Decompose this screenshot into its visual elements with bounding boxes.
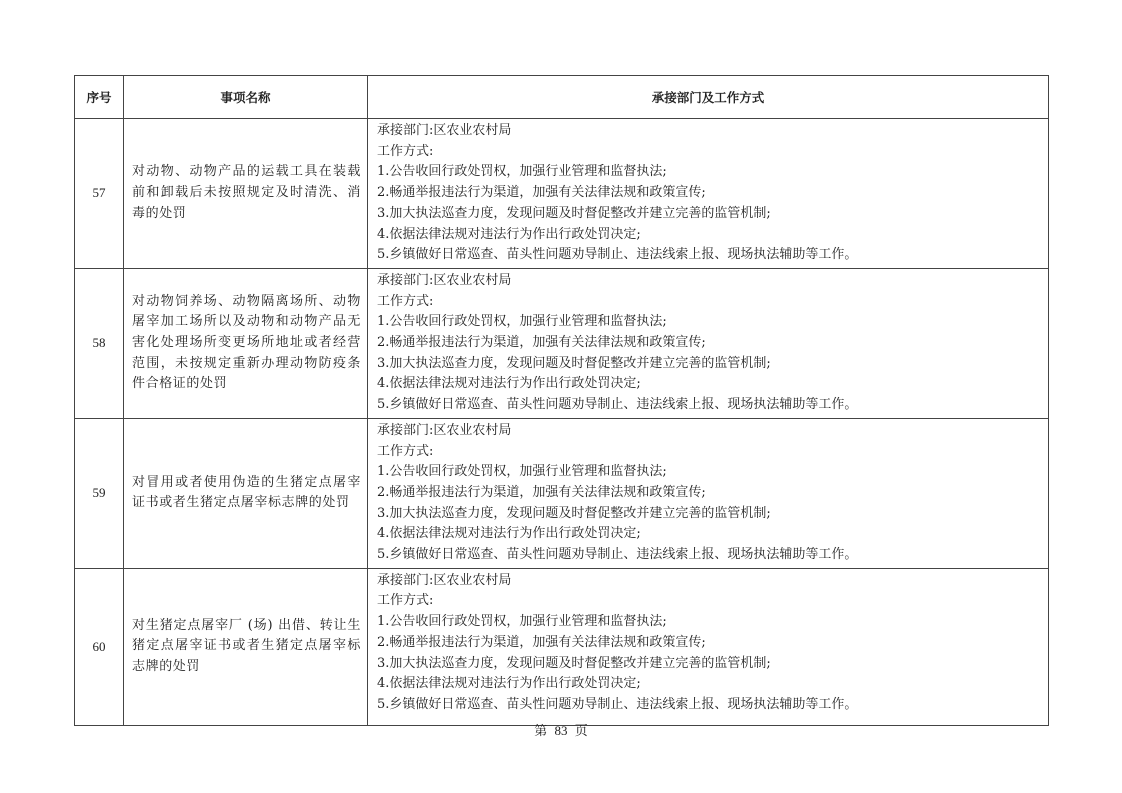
dept-and-method: 承接部门:区农业农村局 工作方式: 1.公告收回行政处罚权，加强行业管理和监督执… bbox=[368, 268, 1049, 418]
table-row: 59 对冒用或者使用伪造的生猪定点屠宰证书或者生猪定点屠宰标志牌的处罚 承接部门… bbox=[75, 418, 1049, 568]
matter-name: 对动物饲养场、动物隔离场所、动物屠宰加工场所以及动物和动物产品无害化处理场所变更… bbox=[124, 268, 368, 418]
dept-and-method: 承接部门:区农业农村局 工作方式: 1.公告收回行政处罚权，加强行业管理和监督执… bbox=[368, 119, 1049, 269]
method-label: 工作方式: bbox=[377, 442, 1042, 463]
dept-and-method: 承接部门:区农业农村局 工作方式: 1.公告收回行政处罚权，加强行业管理和监督执… bbox=[368, 418, 1049, 568]
header-matter-name: 事项名称 bbox=[124, 76, 368, 119]
header-dept-and-method: 承接部门及工作方式 bbox=[368, 76, 1049, 119]
method-item: 5.乡镇做好日常巡查、苗头性问题劝导制止、违法线索上报、现场执法辅助等工作。 bbox=[377, 245, 1042, 266]
matter-name: 对生猪定点屠宰厂 (场) 出借、转让生猪定点屠宰证书或者生猪定点屠宰标志牌的处罚 bbox=[124, 568, 368, 725]
method-item: 1.公告收回行政处罚权，加强行业管理和监督执法; bbox=[377, 162, 1042, 183]
method-item: 3.加大执法巡查力度，发现问题及时督促整改并建立完善的监管机制; bbox=[377, 354, 1042, 375]
matter-name: 对冒用或者使用伪造的生猪定点屠宰证书或者生猪定点屠宰标志牌的处罚 bbox=[124, 418, 368, 568]
method-item: 2.畅通举报违法行为渠道，加强有关法律法规和政策宣传; bbox=[377, 633, 1042, 654]
serial-no: 57 bbox=[75, 119, 124, 269]
method-label: 工作方式: bbox=[377, 292, 1042, 313]
method-item: 1.公告收回行政处罚权，加强行业管理和监督执法; bbox=[377, 612, 1042, 633]
serial-no: 60 bbox=[75, 568, 124, 725]
method-item: 4.依据法律法规对违法行为作出行政处罚决定; bbox=[377, 674, 1042, 695]
serial-no: 59 bbox=[75, 418, 124, 568]
method-item: 1.公告收回行政处罚权，加强行业管理和监督执法; bbox=[377, 312, 1042, 333]
table-header-row: 序号 事项名称 承接部门及工作方式 bbox=[75, 76, 1049, 119]
table-row: 60 对生猪定点屠宰厂 (场) 出借、转让生猪定点屠宰证书或者生猪定点屠宰标志牌… bbox=[75, 568, 1049, 725]
method-item: 3.加大执法巡查力度，发现问题及时督促整改并建立完善的监管机制; bbox=[377, 504, 1042, 525]
method-item: 3.加大执法巡查力度，发现问题及时督促整改并建立完善的监管机制; bbox=[377, 204, 1042, 225]
serial-no: 58 bbox=[75, 268, 124, 418]
header-serial-no: 序号 bbox=[75, 76, 124, 119]
dept-line: 承接部门:区农业农村局 bbox=[377, 271, 1042, 292]
page-number: 第 83 页 bbox=[0, 720, 1122, 739]
method-item: 4.依据法律法规对违法行为作出行政处罚决定; bbox=[377, 225, 1042, 246]
method-item: 5.乡镇做好日常巡查、苗头性问题劝导制止、违法线索上报、现场执法辅助等工作。 bbox=[377, 695, 1042, 716]
method-item: 4.依据法律法规对违法行为作出行政处罚决定; bbox=[377, 524, 1042, 545]
method-item: 5.乡镇做好日常巡查、苗头性问题劝导制止、违法线索上报、现场执法辅助等工作。 bbox=[377, 395, 1042, 416]
method-item: 2.畅通举报违法行为渠道，加强有关法律法规和政策宣传; bbox=[377, 333, 1042, 354]
dept-line: 承接部门:区农业农村局 bbox=[377, 571, 1042, 592]
method-item: 3.加大执法巡查力度，发现问题及时督促整改并建立完善的监管机制; bbox=[377, 654, 1042, 675]
method-label: 工作方式: bbox=[377, 591, 1042, 612]
dept-line: 承接部门:区农业农村局 bbox=[377, 121, 1042, 142]
method-item: 4.依据法律法规对违法行为作出行政处罚决定; bbox=[377, 374, 1042, 395]
dept-line: 承接部门:区农业农村局 bbox=[377, 421, 1042, 442]
matters-table: 序号 事项名称 承接部门及工作方式 57 对动物、动物产品的运载工具在装载前和卸… bbox=[74, 75, 1049, 726]
method-item: 2.畅通举报违法行为渠道，加强有关法律法规和政策宣传; bbox=[377, 483, 1042, 504]
method-item: 5.乡镇做好日常巡查、苗头性问题劝导制止、违法线索上报、现场执法辅助等工作。 bbox=[377, 545, 1042, 566]
method-label: 工作方式: bbox=[377, 142, 1042, 163]
matter-name: 对动物、动物产品的运载工具在装载前和卸载后未按照规定及时清洗、消毒的处罚 bbox=[124, 119, 368, 269]
method-item: 1.公告收回行政处罚权，加强行业管理和监督执法; bbox=[377, 462, 1042, 483]
method-item: 2.畅通举报违法行为渠道，加强有关法律法规和政策宣传; bbox=[377, 183, 1042, 204]
dept-and-method: 承接部门:区农业农村局 工作方式: 1.公告收回行政处罚权，加强行业管理和监督执… bbox=[368, 568, 1049, 725]
table-row: 58 对动物饲养场、动物隔离场所、动物屠宰加工场所以及动物和动物产品无害化处理场… bbox=[75, 268, 1049, 418]
table-row: 57 对动物、动物产品的运载工具在装载前和卸载后未按照规定及时清洗、消毒的处罚 … bbox=[75, 119, 1049, 269]
